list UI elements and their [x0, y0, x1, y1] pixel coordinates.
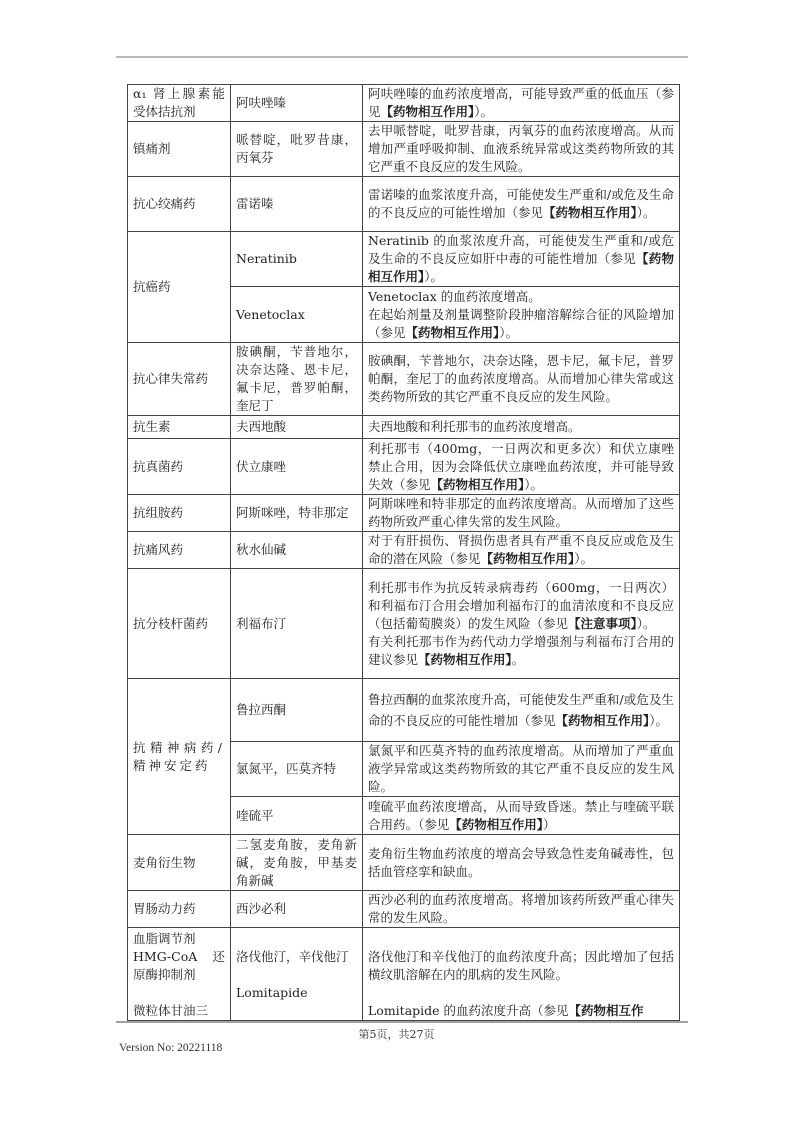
effect-cell: 胺碘酮，苄普地尔，决奈达隆，恩卡尼，氟卡尼，普罗帕酮，奎尼丁的血药浓度增高。从而…: [363, 343, 680, 416]
table-row: 抗组胺药 阿斯咪唑，特非那定 阿斯咪唑和特非那定的血药浓度增高。从而增加了这些药…: [128, 495, 680, 532]
reference-link: 【药物相互作用】: [556, 713, 650, 728]
drug-name-cell: 哌替啶，吡罗昔康，丙氧芬: [231, 122, 363, 177]
drug-class-cell: 抗组胺药: [128, 495, 231, 532]
effect-cell: 洛伐他汀和辛伐他汀的血药浓度升高；因此增加了包括横纹肌溶解在内的肌病的发生风险。…: [363, 928, 680, 1021]
table-row: 麦角衍生物 二氢麦角胺，麦角新碱，麦角胺，甲基麦角新碱 麦角衍生物血药浓度的增高…: [128, 835, 680, 891]
reference-link: 【注意事项】: [568, 616, 637, 631]
table-row: 镇痛剂 哌替啶，吡罗昔康，丙氧芬 去甲哌替啶，吡罗昔康，丙氧芬的血药浓度增高。从…: [128, 122, 680, 177]
effect-cell: 阿呋唑嗪的血药浓度增高，可能导致严重的低血压（参见【药物相互作用】）。: [363, 85, 680, 122]
drug-class-cell: 抗生素: [128, 416, 231, 439]
table-row: 抗癌药 Neratinib Neratinib 的血浆浓度升高，可能使发生严重和…: [128, 232, 680, 287]
drug-name-cell: 雷诺嗪: [231, 177, 363, 232]
table-row: 抗真菌药 伏立康唑 利托那韦（400mg，一日两次和更多次）和伏立康唑禁止合用，…: [128, 439, 680, 495]
effect-cell: 去甲哌替啶，吡罗昔康，丙氧芬的血药浓度增高。从而增加严重呼吸抑制、血液系统异常或…: [363, 122, 680, 177]
table-row: 抗心绞痛药 雷诺嗪 雷诺嗪的血浆浓度升高，可能使发生严重和/或危及生命的不良反应…: [128, 177, 680, 232]
drug-class-cell: 抗痛风药: [128, 532, 231, 569]
drug-name-cell: 秋水仙碱: [231, 532, 363, 569]
drug-class-cell: 抗癌药: [128, 232, 231, 343]
drug-class-cell: 抗心绞痛药: [128, 177, 231, 232]
drug-name-cell: 夫西地酸: [231, 416, 363, 439]
reference-link: 【药物相互作用】: [418, 652, 512, 667]
page-indicator: 第5页，共27页: [0, 1026, 793, 1042]
drug-name-cell: Venetoclax: [231, 287, 363, 343]
effect-cell: 雷诺嗪的血浆浓度升高，可能使发生严重和/或危及生命的不良反应的可能性增加（参见【…: [363, 177, 680, 232]
table-row: 血脂调节剂HMG-CoA 还原酶抑制剂微粒体甘油三 洛伐他汀，辛伐他汀Lomit…: [128, 928, 680, 1021]
footer-rule: [116, 1021, 688, 1023]
effect-cell: 鲁拉西酮的血浆浓度升高，可能使发生严重和/或危及生命的不良反应的可能性增加（参见…: [363, 679, 680, 742]
drug-class-cell: α₁ 肾上腺素能受体拮抗剂: [128, 85, 231, 122]
drug-class-cell: 镇痛剂: [128, 122, 231, 177]
reference-link: 【药物相互作: [569, 1003, 644, 1018]
table-row: 胃肠动力药 西沙必利 西沙必利的血药浓度增高。将增加该药所致严重心律失常的发生风…: [128, 891, 680, 928]
table-row: 抗心律失常药 胺碘酮，苄普地尔，决奈达隆、恩卡尼，氟卡尼，普罗帕酮，奎尼丁 胺碘…: [128, 343, 680, 416]
table-row: 抗精神病药/精神安定药 鲁拉西酮 鲁拉西酮的血浆浓度升高，可能使发生严重和/或危…: [128, 679, 680, 742]
effect-cell: 麦角衍生物血药浓度的增高会导致急性麦角碱毒性，包括血管痉挛和缺血。: [363, 835, 680, 891]
effect-cell: Neratinib 的血浆浓度升高，可能使发生严重和/或危及生命的不良反应如肝中…: [363, 232, 680, 287]
reference-link: 【药物相互作用】: [449, 817, 543, 832]
drug-name-cell: 氯氮平，匹莫齐特: [231, 742, 363, 797]
drug-class-cell: 抗精神病药/精神安定药: [128, 679, 231, 835]
drug-class-cell: 抗真菌药: [128, 439, 231, 495]
drug-name-cell: Neratinib: [231, 232, 363, 287]
effect-cell: 西沙必利的血药浓度增高。将增加该药所致严重心律失常的发生风险。: [363, 891, 680, 928]
table-row: 抗分枝杆菌药 利福布汀 利托那韦作为抗反转录病毒药（600mg，一日两次）和利福…: [128, 569, 680, 679]
drug-class-cell: 血脂调节剂HMG-CoA 还原酶抑制剂微粒体甘油三: [128, 928, 231, 1021]
drug-class-cell: 抗心律失常药: [128, 343, 231, 416]
reference-link: 【药物相互作用】: [431, 477, 525, 492]
drug-class-cell: 抗分枝杆菌药: [128, 569, 231, 679]
reference-link: 【药物相互作用】: [381, 104, 475, 119]
header-rule: [116, 56, 688, 58]
drug-name-cell: 阿斯咪唑，特非那定: [231, 495, 363, 532]
drug-name-cell: 西沙必利: [231, 891, 363, 928]
drug-name-cell: 胺碘酮，苄普地尔，决奈达隆、恩卡尼，氟卡尼，普罗帕酮，奎尼丁: [231, 343, 363, 416]
drug-interaction-table: α₁ 肾上腺素能受体拮抗剂 阿呋唑嗪 阿呋唑嗪的血药浓度增高，可能导致严重的低血…: [127, 84, 680, 1021]
effect-cell: 利托那韦（400mg，一日两次和更多次）和伏立康唑禁止合用，因为会降低伏立康唑血…: [363, 439, 680, 495]
table-row: 抗痛风药 秋水仙碱 对于有肝损伤、肾损伤患者具有严重不良反应或危及生命的潜在风险…: [128, 532, 680, 569]
drug-name-cell: 伏立康唑: [231, 439, 363, 495]
reference-link: 【药物相互作用】: [406, 325, 500, 340]
effect-cell: 阿斯咪唑和特非那定的血药浓度增高。从而增加了这些药物所致严重心律失常的发生风险。: [363, 495, 680, 532]
effect-cell: 夫西地酸和利托那韦的血药浓度增高。: [363, 416, 680, 439]
drug-name-cell: 鲁拉西酮: [231, 679, 363, 742]
effect-cell: 利托那韦作为抗反转录病毒药（600mg，一日两次）和利福布汀合用会增加利福布汀的…: [363, 569, 680, 679]
table-row: α₁ 肾上腺素能受体拮抗剂 阿呋唑嗪 阿呋唑嗪的血药浓度增高，可能导致严重的低血…: [128, 85, 680, 122]
drug-class-cell: 麦角衍生物: [128, 835, 231, 891]
drug-name-cell: 利福布汀: [231, 569, 363, 679]
reference-link: 【药物相互作用】: [543, 205, 637, 220]
effect-cell: 喹硫平血药浓度增高，从而导致昏迷。禁止与喹硫平联合用药。（参见【药物相互作用】）: [363, 797, 680, 835]
drug-class-cell: 胃肠动力药: [128, 891, 231, 928]
effect-cell: Venetoclax 的血药浓度增高。在起始剂量及剂量调整阶段肿瘤溶解综合征的风…: [363, 287, 680, 343]
effect-cell: 对于有肝损伤、肾损伤患者具有严重不良反应或危及生命的潜在风险（参见【药物相互作用…: [363, 532, 680, 569]
reference-link: 【药物相互作用】: [481, 551, 575, 566]
drug-name-cell: 洛伐他汀，辛伐他汀Lomitapide: [231, 928, 363, 1021]
effect-cell: 氯氮平和匹莫齐特的血药浓度增高。从而增加了严重血液学异常或这类药物所致的其它严重…: [363, 742, 680, 797]
drug-name-cell: 二氢麦角胺，麦角新碱，麦角胺，甲基麦角新碱: [231, 835, 363, 891]
version-number: Version No: 20221118: [119, 1042, 222, 1054]
table-row: 抗生素 夫西地酸 夫西地酸和利托那韦的血药浓度增高。: [128, 416, 680, 439]
drug-name-cell: 喹硫平: [231, 797, 363, 835]
drug-name-cell: 阿呋唑嗪: [231, 85, 363, 122]
